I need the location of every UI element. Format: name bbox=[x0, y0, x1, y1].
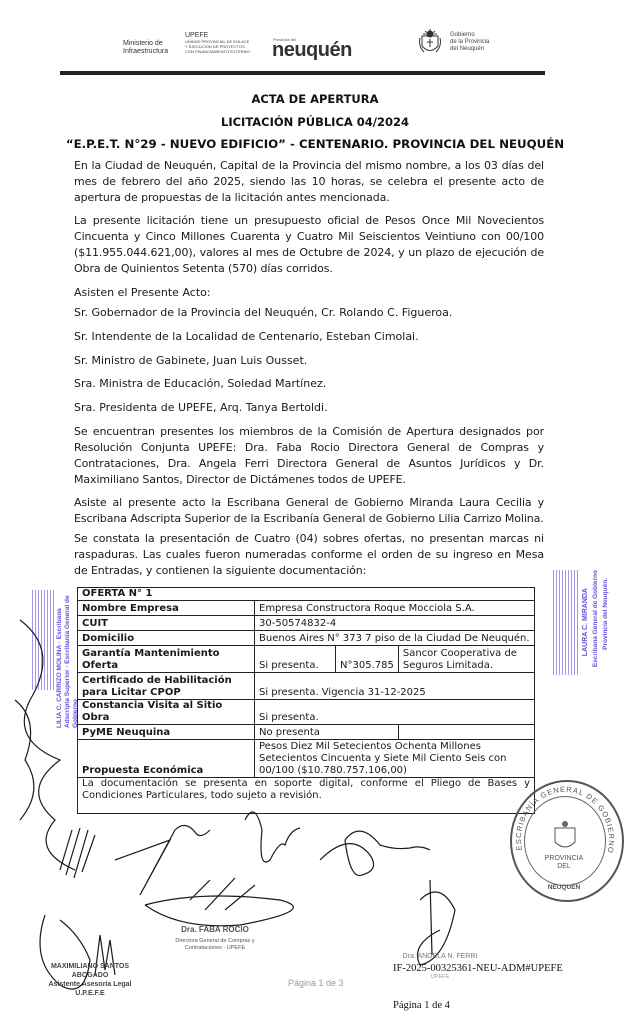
address-label: Domicilio bbox=[78, 631, 255, 646]
seal-center-line-1: PROVINCIA bbox=[536, 855, 592, 863]
ministry-line-1: Ministerio de bbox=[123, 40, 168, 48]
table-row: Certificado de Habilitación para Licitar… bbox=[78, 673, 535, 700]
faba-name: Dra. FABA ROCIO bbox=[160, 925, 270, 934]
inner-page-number: Página 1 de 3 bbox=[288, 978, 344, 988]
santos-role: Asistente Asesoría Legal bbox=[30, 980, 150, 989]
attendee-item: Sr. Gobernador de la Provincia del Neuqu… bbox=[74, 305, 452, 321]
gov-line-3: del Neuquén bbox=[450, 46, 489, 53]
santos-caption: MAXIMILIANO SANTOS ABOGADO Asistente Ase… bbox=[30, 962, 150, 998]
guarantee-insurer: Sancor Cooperativa de Seguros Limitada. bbox=[398, 646, 534, 673]
table-row: OFERTA N° 1 bbox=[78, 588, 535, 601]
attendee-item: Sra. Ministra de Educación, Soledad Mart… bbox=[74, 376, 326, 392]
table-row: Constancia Visita al Sitio Obra Si prese… bbox=[78, 700, 535, 725]
outer-page-number: Página 1 de 4 bbox=[393, 1000, 450, 1011]
visit-value: Si presenta. bbox=[255, 700, 535, 725]
pyme-label: PyME Neuquina bbox=[78, 725, 255, 740]
signature-faba bbox=[145, 896, 293, 926]
cuit-value: 30-50574832-4 bbox=[255, 616, 535, 631]
table-row: La documentación se presenta en soporte … bbox=[78, 778, 535, 814]
ferri-org: UPEFE bbox=[400, 974, 480, 980]
table-row: CUIT 30-50574832-4 bbox=[78, 616, 535, 631]
upefe-title: UPEFE bbox=[185, 32, 250, 39]
economic-label: Propuesta Económica bbox=[78, 740, 255, 778]
right-stamp-line-3: Provincia del Neuquén. bbox=[602, 578, 610, 650]
left-fingerprint-stamp bbox=[32, 590, 54, 690]
cpop-label: Certificado de Habilitación para Licitar… bbox=[78, 673, 255, 700]
gov-line-2: de la Provincia bbox=[450, 39, 489, 46]
table-row: Nombre Empresa Empresa Constructora Roqu… bbox=[78, 601, 535, 616]
project-title: “E.P.E.T. N°29 - NUEVO EDIFICIO” - CENTE… bbox=[0, 137, 630, 151]
faba-role-line-1: Directora General de Compras y bbox=[150, 938, 280, 945]
budget-paragraph: La presente licitación tiene un presupue… bbox=[74, 213, 544, 277]
table-row: Garantía Mantenimiento Oferta Si present… bbox=[78, 646, 535, 673]
upefe-line-3: CON FINANCIAMIENTO EXTERNO bbox=[185, 49, 250, 54]
commission-paragraph: Se encuentran presentes los miembros de … bbox=[74, 424, 544, 488]
document-title: ACTA DE APERTURA bbox=[0, 92, 630, 106]
company-label: Nombre Empresa bbox=[78, 601, 255, 616]
right-stamp-line-2: Escribana General de Gobierno bbox=[592, 570, 600, 667]
ferri-name: Dra. ANGELA N. FERRI bbox=[400, 953, 480, 960]
seal-ring-text: ESCRIBANÍA GENERAL DE GOBIERNO bbox=[510, 780, 620, 898]
upefe-label: UPEFE UNIDAD PROVINCIAL DE ENLACE Y EJEC… bbox=[185, 32, 250, 54]
seal-center-text: PROVINCIA DEL bbox=[536, 855, 592, 871]
offer-table: OFERTA N° 1 Nombre Empresa Empresa Const… bbox=[77, 587, 535, 814]
attendee-item: Sr. Intendente de la Localidad de Centen… bbox=[74, 329, 419, 345]
right-fingerprint-stamp bbox=[553, 570, 579, 675]
signature-4 bbox=[320, 831, 430, 875]
table-row: PyME Neuquina No presenta bbox=[78, 725, 535, 740]
table-row: Domicilio Buenos Aires N° 373 7 piso de … bbox=[78, 631, 535, 646]
offer-header: OFERTA N° 1 bbox=[78, 588, 535, 601]
attendee-item: Sr. Ministro de Gabinete, Juan Luis Ouss… bbox=[74, 353, 307, 369]
gov-line-1: Gobierno bbox=[450, 32, 489, 39]
svg-text:ESCRIBANÍA GENERAL DE GOBIERNO: ESCRIBANÍA GENERAL DE GOBIERNO bbox=[514, 785, 616, 855]
header-divider bbox=[60, 71, 545, 75]
table-row: Propuesta Económica Pesos Diez Mil Setec… bbox=[78, 740, 535, 778]
visit-label: Constancia Visita al Sitio Obra bbox=[78, 700, 255, 725]
offer-note: La documentación se presenta en soporte … bbox=[78, 778, 535, 814]
guarantee-label: Garantía Mantenimiento Oferta bbox=[78, 646, 255, 673]
ministry-line-2: Infraestructura bbox=[123, 48, 168, 56]
guarantee-value: Si presenta. bbox=[255, 646, 336, 673]
santos-title: ABOGADO bbox=[30, 971, 150, 980]
document-subtitle: LICITACIÓN PÚBLICA 04/2024 bbox=[0, 115, 630, 129]
signature-1 bbox=[60, 828, 95, 878]
document-id: IF-2025-00325361-NEU-ADM#UPEFE bbox=[393, 963, 563, 974]
opening-paragraph: En la Ciudad de Neuquén, Capital de la P… bbox=[74, 158, 544, 206]
notary-paragraph: Asiste al presente acto la Escribana Gen… bbox=[74, 495, 544, 527]
seal-bottom-text: NEUQUÉN bbox=[536, 884, 592, 891]
envelopes-paragraph: Se constata la presentación de Cuatro (0… bbox=[74, 531, 544, 579]
attendees-intro: Asisten el Presente Acto: bbox=[74, 285, 211, 301]
pyme-value: No presenta bbox=[255, 725, 399, 740]
cuit-label: CUIT bbox=[78, 616, 255, 631]
attendee-item: Sra. Presidenta de UPEFE, Arq. Tanya Ber… bbox=[74, 400, 328, 416]
government-label: Gobierno de la Provincia del Neuquén bbox=[450, 32, 489, 53]
signature-2 bbox=[115, 825, 210, 895]
santos-org: U.P.E.F.E bbox=[30, 989, 150, 998]
faba-role-line-2: Contrataciones - UPEFE bbox=[150, 945, 280, 952]
company-value: Empresa Constructora Roque Mocciola S.A. bbox=[255, 601, 535, 616]
pyme-empty-cell bbox=[398, 725, 534, 740]
address-value: Buenos Aires N° 373 7 piso de la Ciudad … bbox=[255, 631, 535, 646]
cpop-value: Si presenta. Vigencia 31-12-2025 bbox=[255, 673, 535, 700]
signature-3 bbox=[245, 812, 300, 862]
seal-center-line-2: DEL bbox=[536, 863, 592, 871]
ministry-label: Ministerio de Infraestructura bbox=[123, 40, 168, 56]
right-stamp-name: LAURA C. MIRANDA bbox=[582, 588, 590, 656]
guarantee-number: N°305.785 bbox=[336, 646, 399, 673]
santos-name: MAXIMILIANO SANTOS bbox=[30, 962, 150, 971]
economic-value: Pesos Diez Mil Setecientos Ochenta Millo… bbox=[255, 740, 535, 778]
faba-role: Directora General de Compras y Contratac… bbox=[150, 938, 280, 952]
neuquen-logo: neuquén bbox=[272, 40, 352, 60]
province-crest-icon bbox=[418, 28, 442, 56]
